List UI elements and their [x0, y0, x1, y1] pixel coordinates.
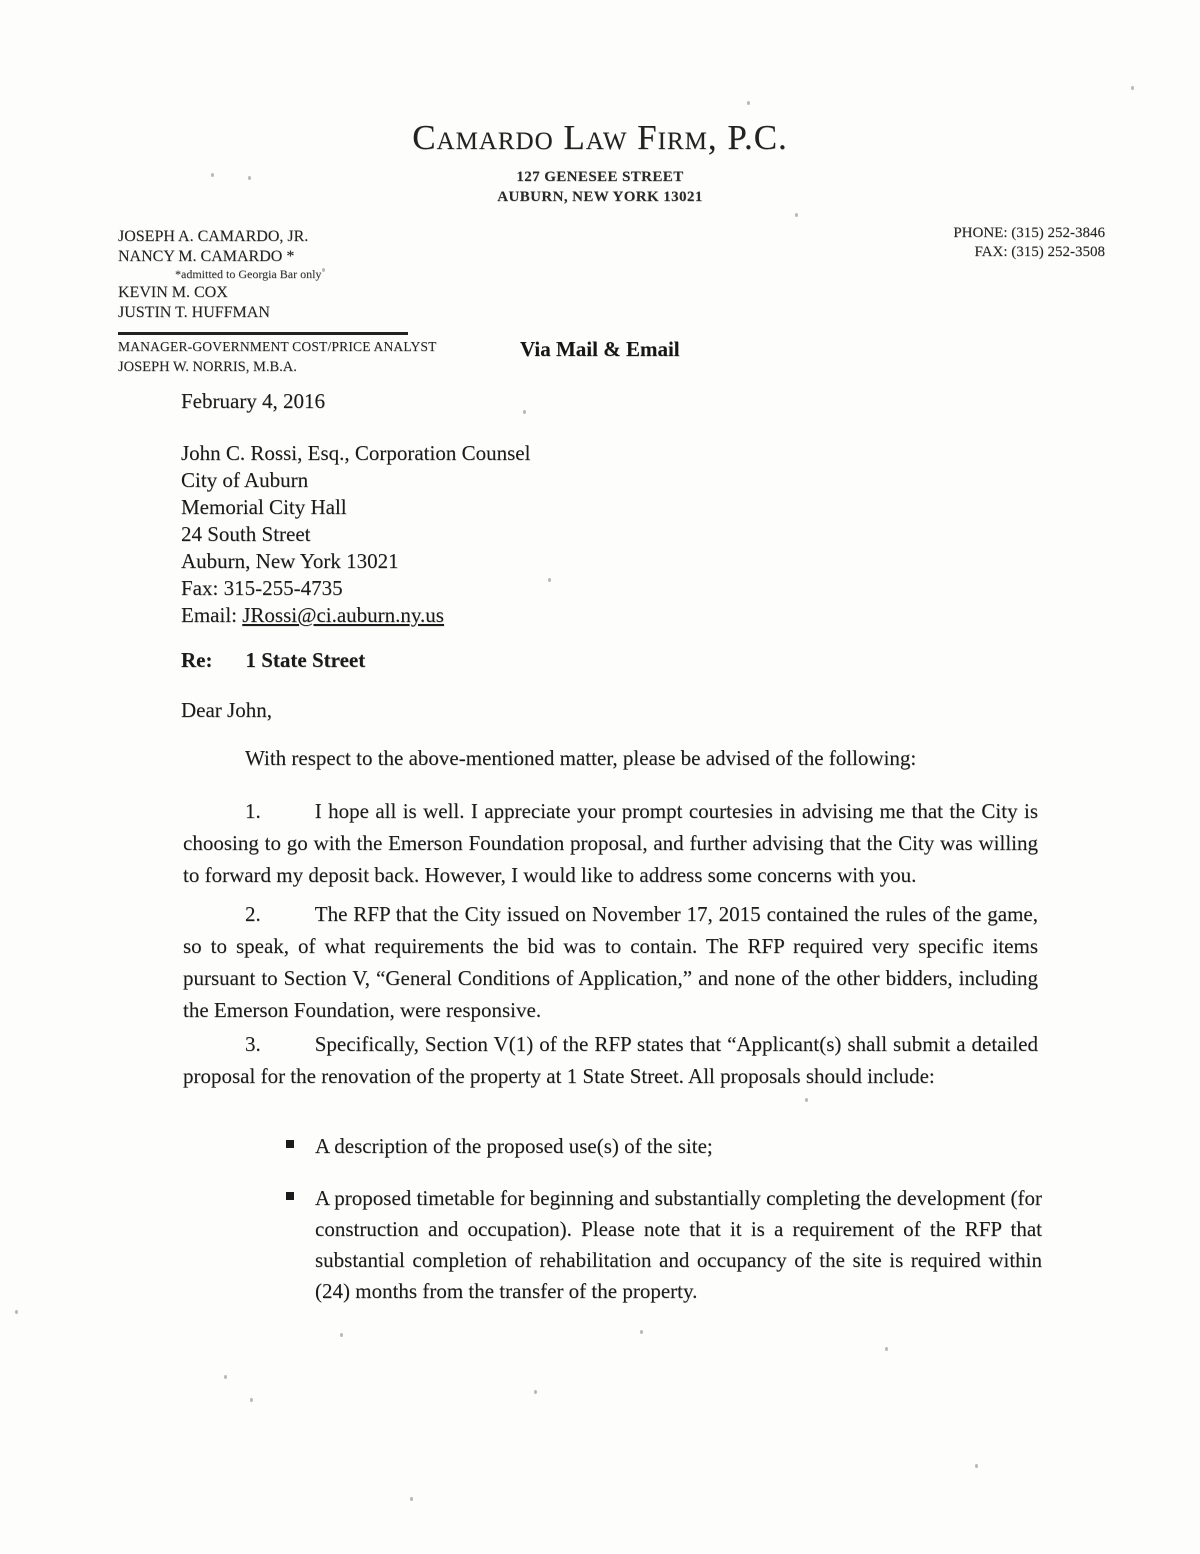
scan-artifact: [795, 213, 798, 217]
recipient-line: 24 South Street: [181, 521, 530, 548]
paragraph-text: I hope all is well. I appreciate your pr…: [183, 799, 1038, 887]
bullet-item-1: A description of the proposed use(s) of …: [315, 1131, 1042, 1162]
paragraph-3: 3.Specifically, Section V(1) of the RFP …: [183, 1028, 1038, 1092]
square-bullet-icon: [286, 1140, 294, 1148]
bullet-item-2: A proposed timetable for beginning and s…: [315, 1183, 1042, 1307]
scan-artifact: [805, 1098, 808, 1102]
bar-admission-note: *admitted to Georgia Bar only: [118, 266, 321, 283]
intro-sentence: With respect to the above-mentioned matt…: [183, 746, 1038, 771]
scan-artifact: [410, 1497, 413, 1501]
attorney-name: NANCY M. CAMARDO *: [118, 247, 321, 267]
attorney-name: JUSTIN T. HUFFMAN: [118, 303, 321, 323]
scan-artifact: [975, 1464, 978, 1468]
firm-fax: FAX: (315) 252-3508: [953, 243, 1105, 262]
paragraph-number: 1.: [245, 799, 261, 823]
scan-artifact: [640, 1330, 643, 1334]
recipient-fax: Fax: 315-255-4735: [181, 575, 530, 602]
email-label: Email:: [181, 603, 242, 627]
scan-artifact: [340, 1333, 343, 1337]
recipient-address-block: John C. Rossi, Esq., Corporation Counsel…: [181, 440, 530, 629]
scan-artifact: [322, 268, 325, 272]
delivery-method: Via Mail & Email: [520, 337, 680, 362]
attorney-list: JOSEPH A. CAMARDO, JR. NANCY M. CAMARDO …: [118, 227, 321, 322]
scan-artifact: [224, 1375, 227, 1379]
recipient-line: Auburn, New York 13021: [181, 548, 530, 575]
firm-phone: PHONE: (315) 252-3846: [953, 224, 1105, 243]
recipient-line: Memorial City Hall: [181, 494, 530, 521]
recipient-email-line: Email: JRossi@ci.auburn.ny.us: [181, 602, 530, 629]
scan-artifact: [534, 1390, 537, 1394]
firm-street-address: 127 GENESEE STREET: [0, 169, 1200, 186]
firm-contact-block: PHONE: (315) 252-3846 FAX: (315) 252-350…: [953, 224, 1105, 262]
paragraph-number: 3.: [245, 1032, 261, 1056]
manager-title: MANAGER-GOVERNMENT COST/PRICE ANALYST: [118, 339, 437, 355]
square-bullet-icon: [286, 1192, 294, 1200]
scan-artifact: [1131, 86, 1134, 90]
recipient-line: John C. Rossi, Esq., Corporation Counsel: [181, 440, 530, 467]
scan-artifact: [523, 410, 526, 414]
scan-artifact: [211, 173, 214, 177]
email-link[interactable]: JRossi@ci.auburn.ny.us: [242, 603, 444, 627]
attorney-name: JOSEPH A. CAMARDO, JR.: [118, 227, 321, 247]
scan-artifact: [885, 1347, 888, 1351]
paragraph-text: Specifically, Section V(1) of the RFP st…: [183, 1032, 1038, 1088]
re-line: Re:1 State Street: [181, 648, 365, 673]
letter-date: February 4, 2016: [181, 389, 325, 414]
divider-rule: [118, 332, 408, 335]
recipient-line: City of Auburn: [181, 467, 530, 494]
firm-city-address: AUBURN, NEW YORK 13021: [0, 189, 1200, 206]
scanned-letter-page: Camardo Law Firm, P.C. 127 GENESEE STREE…: [0, 0, 1200, 1554]
scan-artifact: [747, 101, 750, 105]
attorney-name: KEVIN M. COX: [118, 283, 321, 303]
scan-artifact: [548, 578, 551, 582]
scan-artifact: [250, 1398, 253, 1402]
re-subject: 1 State Street: [212, 648, 365, 672]
paragraph-2: 2.The RFP that the City issued on Novemb…: [183, 898, 1038, 1026]
paragraph-number: 2.: [245, 902, 261, 926]
salutation: Dear John,: [181, 698, 272, 723]
paragraph-text: The RFP that the City issued on November…: [183, 902, 1038, 1022]
manager-name: JOSEPH W. NORRIS, M.B.A.: [118, 359, 297, 376]
re-label: Re:: [181, 648, 212, 672]
firm-name: Camardo Law Firm, P.C.: [0, 118, 1200, 158]
scan-artifact: [248, 176, 251, 180]
scan-artifact: [15, 1310, 18, 1314]
paragraph-1: 1.I hope all is well. I appreciate your …: [183, 795, 1038, 891]
